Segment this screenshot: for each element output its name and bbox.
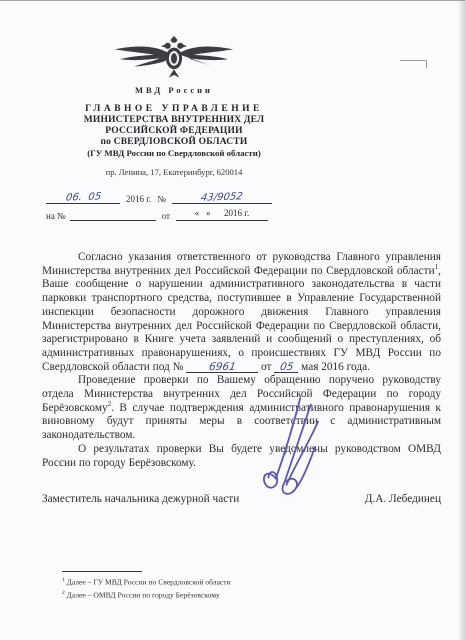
letterhead-line5: (ГУ МВД России по Свердловской области) bbox=[26, 148, 322, 158]
signature-row: Заместитель начальника дежурной части Д.… bbox=[0, 493, 465, 505]
p1-text-a: Согласно указания ответственного от руко… bbox=[42, 251, 441, 277]
letterhead-line4: по СВЕРДЛОВСКОЙ ОБЛАСТИ bbox=[26, 137, 322, 147]
incoming-number-label: на № bbox=[46, 211, 66, 221]
mvd-double-headed-eagle-emblem bbox=[111, 34, 237, 81]
footnote-2: 2 Далее – ОМВД России по городу Берёзовс… bbox=[62, 588, 231, 601]
reference-block: 06. 05 2016 г. № 43/9052 на № от « » 201… bbox=[46, 187, 286, 221]
signer-position-title: Заместитель начальника дежурной части bbox=[42, 493, 239, 505]
handwritten-registration-day: 05 bbox=[279, 362, 294, 372]
letterhead-address: пр. Ленина, 17, Екатеринбург, 620014 bbox=[26, 167, 322, 177]
p1-text-b: , Ваше сообщение о нарушении администрат… bbox=[42, 265, 441, 373]
corner-mark bbox=[400, 60, 427, 68]
incoming-number-blank bbox=[70, 208, 156, 221]
paragraph-3: О результатах проверки Вы будете уведомл… bbox=[42, 443, 441, 470]
outgoing-year-label: 2016 г. bbox=[126, 194, 151, 204]
letterhead-title-block: ГЛАВНОЕ УПРАВЛЕНИЕ МИНИСТЕРСТВА ВНУТРЕНН… bbox=[26, 104, 322, 158]
p1-text-c: мая 2016 года. bbox=[301, 361, 370, 373]
incoming-from-label: от bbox=[162, 211, 170, 221]
handwritten-outgoing-number: 43/9052 bbox=[200, 191, 243, 203]
footnote-2-text: Далее – ОМВД России по городу Берёзовско… bbox=[65, 590, 220, 599]
handwritten-registration-number: 6961 bbox=[208, 362, 236, 372]
outgoing-date-blank: 06. 05 bbox=[46, 191, 120, 204]
footnote-divider bbox=[62, 571, 142, 572]
letterhead-line3: РОССИЙСКОЙ ФЕДЕРАЦИИ bbox=[26, 126, 322, 136]
letter-body: Согласно указания ответственного от руко… bbox=[0, 251, 465, 470]
org-name-small: МВД России bbox=[26, 85, 322, 95]
p1-from-label: от bbox=[261, 361, 271, 373]
reference-row-incoming: на № от « » 2016 г. bbox=[46, 204, 286, 221]
number-sign-label: № bbox=[157, 194, 166, 204]
registration-number-blank: 6961 bbox=[186, 362, 258, 373]
scanned-letter-page: МВД России ГЛАВНОЕ УПРАВЛЕНИЕ МИНИСТЕРСТ… bbox=[0, 0, 465, 640]
letterhead: МВД России ГЛАВНОЕ УПРАВЛЕНИЕ МИНИСТЕРСТ… bbox=[26, 34, 322, 177]
reference-row-outgoing: 06. 05 2016 г. № 43/9052 bbox=[46, 187, 286, 204]
handwritten-signature bbox=[260, 396, 334, 502]
paragraph-1: Согласно указания ответственного от руко… bbox=[42, 251, 441, 374]
outgoing-number-blank: 43/9052 bbox=[172, 191, 272, 204]
signer-name: Д.А. Лебединец bbox=[365, 493, 441, 505]
incoming-date-blank: « » 2016 г. bbox=[176, 208, 268, 221]
letterhead-line1: ГЛАВНОЕ УПРАВЛЕНИЕ bbox=[26, 104, 322, 114]
handwritten-outgoing-date: 06. 05 bbox=[65, 191, 102, 203]
footnotes-block: 1 Далее – ГУ МВД России по Свердловской … bbox=[62, 571, 231, 600]
paragraph-2: Проведение проверки по Вашему обращению … bbox=[42, 374, 441, 443]
letterhead-line2: МИНИСТЕРСТВА ВНУТРЕННИХ ДЕЛ bbox=[26, 115, 322, 125]
registration-day-blank: 05 bbox=[274, 362, 298, 373]
footnote-1-text: Далее – ГУ МВД России по Свердловской об… bbox=[65, 578, 231, 587]
footnote-1: 1 Далее – ГУ МВД России по Свердловской … bbox=[62, 575, 231, 588]
